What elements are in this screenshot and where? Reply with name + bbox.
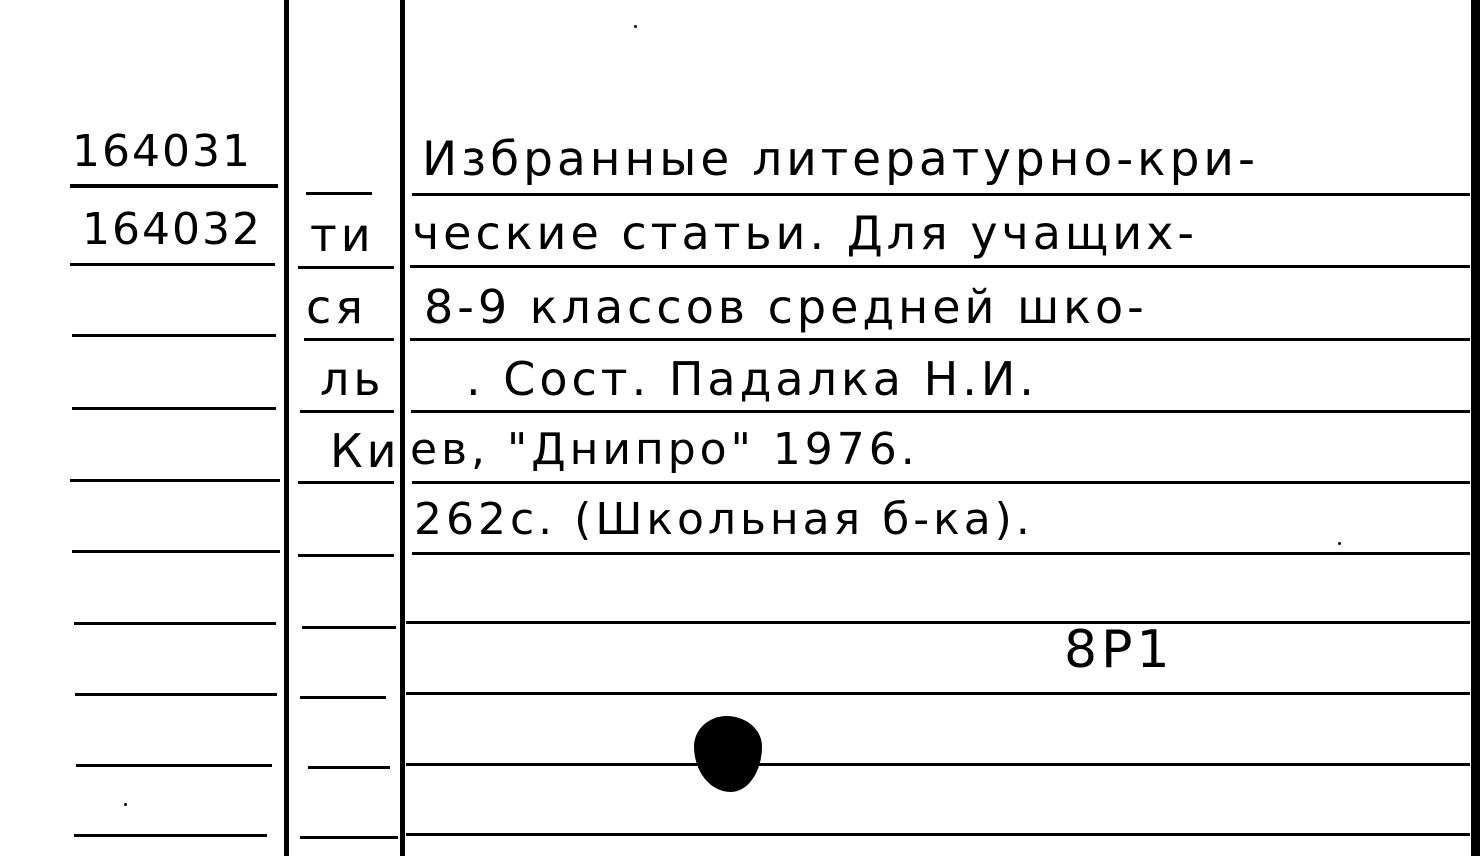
imprint-line: ев, "Днипро" 1976.	[410, 424, 919, 475]
inventory-number-2: 164032	[82, 204, 262, 255]
right-edge-rule	[1471, 0, 1480, 856]
middle-fragment-2: ся	[306, 280, 367, 334]
description-line-3: 8-9 классов средней шко-	[424, 280, 1148, 334]
classification-mark: 8Р1	[1064, 620, 1174, 680]
punch-hole	[694, 716, 762, 792]
inventory-number-1: 164031	[72, 126, 252, 177]
title-line-1: Избранные литературно-кри-	[422, 132, 1259, 187]
left-column-rule	[284, 0, 289, 856]
middle-fragment-4: Ки	[330, 424, 401, 478]
compiler-line: . Сост. Падалка Н.И.	[466, 352, 1038, 406]
middle-fragment-1: ти	[310, 208, 375, 262]
scan-speck	[634, 25, 637, 28]
middle-column-rule	[400, 0, 405, 856]
scan-speck	[124, 803, 127, 806]
pages-series-line: 262с. (Школьная б-ка).	[414, 494, 1034, 545]
title-line-2: ческие статьи. Для учащих-	[412, 206, 1198, 260]
middle-fragment-3: ль	[320, 352, 385, 406]
scan-speck	[1338, 542, 1341, 545]
